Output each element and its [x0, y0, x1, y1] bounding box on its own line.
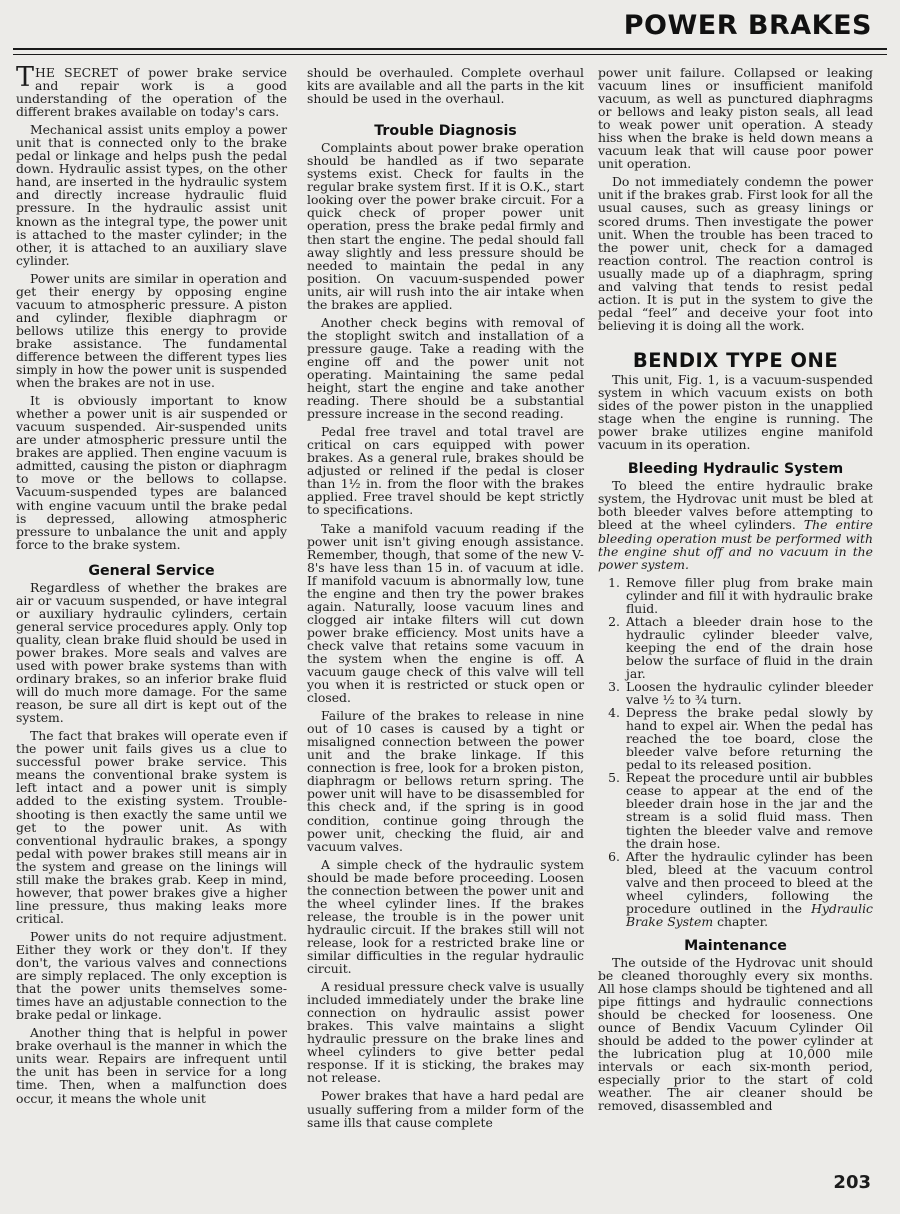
- paragraph: A residual pressure check valve is usual…: [307, 980, 584, 1084]
- heading-maintenance: Maintenance: [598, 940, 873, 953]
- step-number: 3.: [598, 680, 626, 706]
- paragraph: Complaints about power brake opera­tion …: [307, 141, 584, 311]
- paragraph: Power units do not require adjustment. E…: [16, 930, 287, 1021]
- step-number: 2.: [598, 615, 626, 680]
- paragraph: Another check begins with removal of the…: [307, 316, 584, 420]
- paragraph: Regardless of whether the brakes are air…: [16, 581, 287, 725]
- column-3: power unit failure. Collapsed or leaking…: [598, 66, 873, 1118]
- paragraph: Take a manifold vacuum reading if the po…: [307, 522, 584, 705]
- step-number: 5.: [598, 771, 626, 849]
- paragraph: power unit failure. Collapsed or leaking…: [598, 66, 873, 170]
- heading-general-service: General Service: [16, 565, 287, 578]
- paragraph: Power units are similar in operation and…: [16, 272, 287, 389]
- step-text: After the hydraulic cylinder has been bl…: [626, 850, 873, 928]
- step-text: Attach a bleeder drain hose to the hydra…: [626, 615, 873, 680]
- list-item: 1.Remove filler plug from brake main cyl…: [598, 576, 873, 615]
- step-number: 6.: [598, 850, 626, 928]
- page-title: POWER BRAKES: [624, 10, 872, 41]
- paragraph: The fact that brakes will operate even i…: [16, 729, 287, 925]
- paragraph: Pedal free travel and total travel are c…: [307, 425, 584, 516]
- header-rule: [13, 48, 887, 55]
- paragraph: The outside of the Hydrovac unit should …: [598, 956, 873, 1113]
- intro-text: HE SECRET of power brake service and rep…: [16, 65, 287, 119]
- paragraph: Failure of the brakes to release in nine…: [307, 709, 584, 853]
- step-text: Loosen the hydraulic cylinder bleed­er v…: [626, 680, 873, 706]
- page-number: 203: [833, 1172, 871, 1193]
- list-item: 6.After the hydraulic cylinder has been …: [598, 850, 873, 928]
- list-item: 5.Repeat the procedure until air bub­ble…: [598, 771, 873, 849]
- step-text: Depress the brake pedal slowly by hand t…: [626, 706, 873, 771]
- column-1: THE SECRET of power brake service and re…: [16, 66, 287, 1110]
- step-number: 1.: [598, 576, 626, 615]
- paragraph: To bleed the entire hydraulic brake syst…: [598, 479, 873, 570]
- paragraph: Another thing that is helpful in power b…: [16, 1026, 287, 1104]
- step-text-part: chapter.: [717, 914, 768, 929]
- heading-trouble-diagnosis: Trouble Diagnosis: [307, 125, 584, 138]
- paragraph: Do not immediately condemn the power uni…: [598, 175, 873, 332]
- paragraph: Power brakes that have a hard pedal are …: [307, 1089, 584, 1128]
- paragraph: A simple check of the hydraulic system s…: [307, 858, 584, 975]
- list-item: 3.Loosen the hydraulic cylinder bleed­er…: [598, 680, 873, 706]
- list-item: 2.Attach a bleeder drain hose to the hyd…: [598, 615, 873, 680]
- step-text: Repeat the procedure until air bub­bles …: [626, 771, 873, 849]
- step-number: 4.: [598, 706, 626, 771]
- heading-bleeding-hydraulic-system: Bleeding Hydraulic System: [598, 463, 873, 476]
- intro-paragraph: THE SECRET of power brake service and re…: [16, 66, 287, 118]
- paragraph: It is obviously important to know whethe…: [16, 394, 287, 551]
- step-text: Remove filler plug from brake main cylin…: [626, 576, 873, 615]
- paragraph: Mechanical assist units employ a power u…: [16, 123, 287, 267]
- paragraph: This unit, Fig. 1, is a vacuum-sus­pende…: [598, 373, 873, 451]
- paragraph: should be overhauled. Complete overhaul …: [307, 66, 584, 105]
- heading-bendix-type-one: BENDIX TYPE ONE: [598, 354, 873, 367]
- column-2: should be overhauled. Complete overhaul …: [307, 66, 584, 1134]
- list-item: 4.Depress the brake pedal slowly by hand…: [598, 706, 873, 771]
- bleeding-steps-list: 1.Remove filler plug from brake main cyl…: [598, 576, 873, 928]
- drop-cap: T: [16, 67, 34, 89]
